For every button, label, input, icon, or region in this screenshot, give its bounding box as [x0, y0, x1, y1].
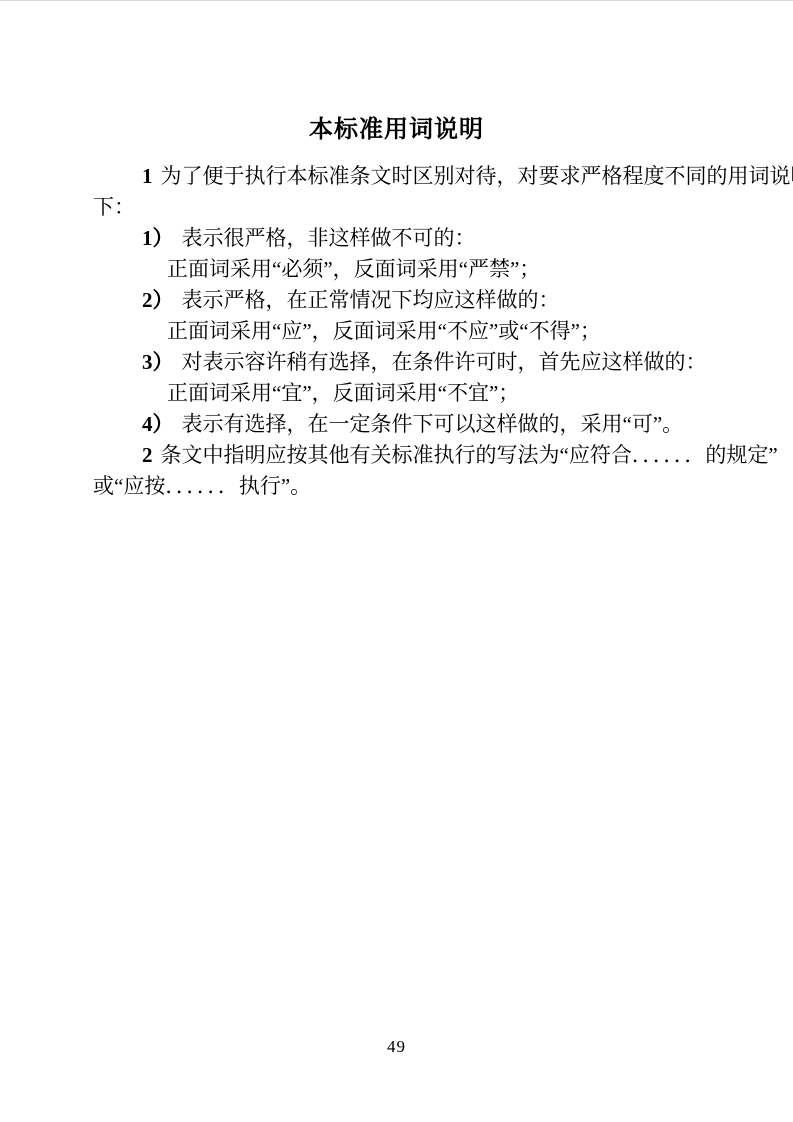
paragraph-line: 或“应按．．．．．．执行”。: [93, 471, 705, 502]
line-text: 表示严格，在正常情况下均应这样做的：: [182, 288, 560, 312]
line-text: 条文中指明应按其他有关标准执行的写法为“应符合．．．．．．的规定”: [161, 443, 778, 467]
line-text: 正面词采用“宜”，反面词采用“不宜”；: [167, 381, 519, 405]
list-item-subline: 正面词采用“应”，反面词采用“不应”或“不得”；: [167, 316, 705, 347]
list-item-line: 3）对表示容许稍有选择，在条件许可时，首先应这样做的：: [142, 347, 705, 378]
line-text: 或“应按．．．．．．执行”。: [93, 474, 311, 498]
document-body: 1为了便于执行本标准条文时区别对待，对要求严格程度不同的用词说明如 下： 1）表…: [93, 161, 705, 502]
page-number: 49: [0, 1037, 793, 1057]
list-item-number: 3）: [142, 350, 174, 374]
page-title: 本标准用词说明: [0, 109, 793, 144]
clause-number: 2: [142, 443, 153, 467]
line-text: 为了便于执行本标准条文时区别对待，对要求严格程度不同的用词说明如: [161, 164, 793, 188]
list-item-line: 2）表示严格，在正常情况下均应这样做的：: [142, 285, 705, 316]
list-item-line: 4）表示有选择，在一定条件下可以这样做的，采用“可”。: [142, 409, 705, 440]
list-item-number: 4）: [142, 412, 174, 436]
line-text: 对表示容许稍有选择，在条件许可时，首先应这样做的：: [182, 350, 707, 374]
line-text: 正面词采用“应”，反面词采用“不应”或“不得”；: [167, 319, 601, 343]
list-item-line: 1）表示很严格，非这样做不可的：: [142, 223, 705, 254]
line-text: 表示有选择，在一定条件下可以这样做的，采用“可”。: [182, 412, 684, 436]
document-page: 本标准用词说明 1为了便于执行本标准条文时区别对待，对要求严格程度不同的用词说明…: [0, 0, 793, 1122]
paragraph-line: 2条文中指明应按其他有关标准执行的写法为“应符合．．．．．．的规定”: [142, 440, 705, 471]
list-item-subline: 正面词采用“宜”，反面词采用“不宜”；: [167, 378, 705, 409]
list-item-number: 2）: [142, 288, 174, 312]
list-item-subline: 正面词采用“必须”，反面词采用“严禁”；: [167, 254, 705, 285]
line-text: 正面词采用“必须”，反面词采用“严禁”；: [167, 257, 540, 281]
line-text: 下：: [93, 195, 135, 219]
list-item-number: 1）: [142, 226, 174, 250]
paragraph-line: 下：: [93, 192, 705, 223]
line-text: 表示很严格，非这样做不可的：: [182, 226, 476, 250]
clause-number: 1: [142, 164, 153, 188]
paragraph-line: 1为了便于执行本标准条文时区别对待，对要求严格程度不同的用词说明如: [142, 161, 705, 192]
